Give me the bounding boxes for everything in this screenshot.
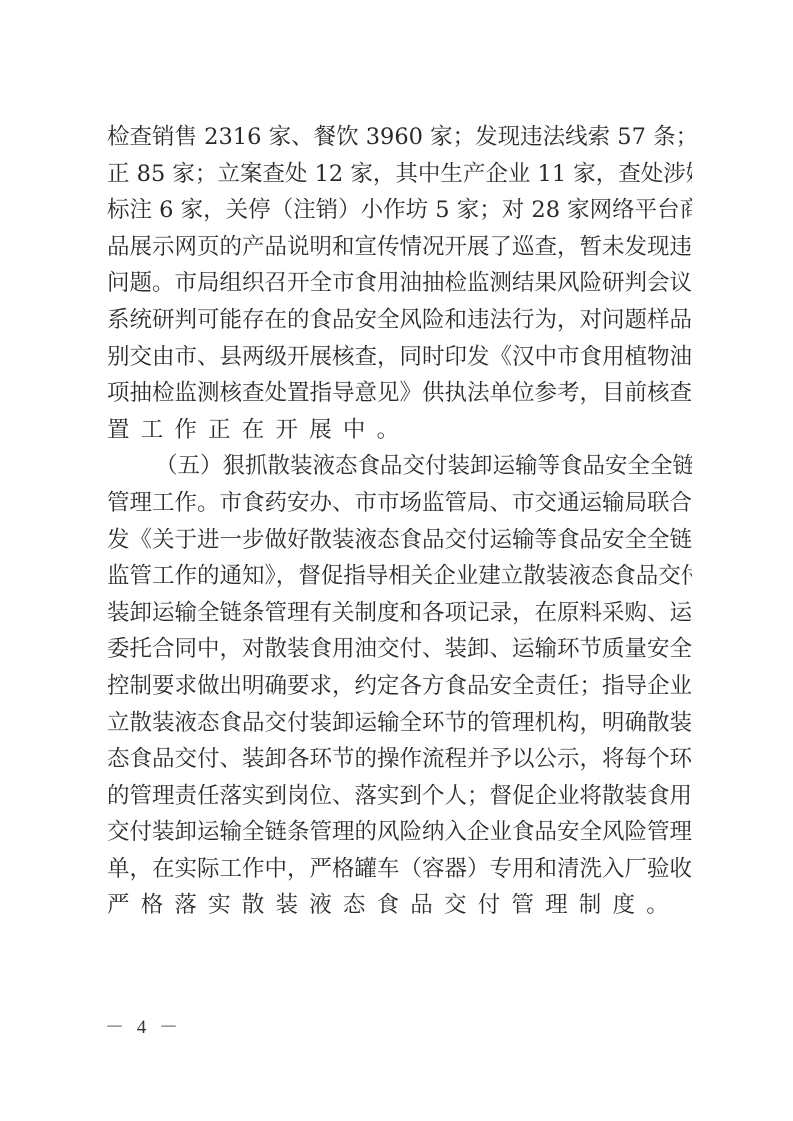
paragraph-section-five: （五）狠抓散装液态食品交付装卸运输等食品安全全链条 管理工作。市食药安办、市市场… — [107, 448, 692, 924]
text-line: 管理工作。市食药安办、市市场监管局、市交通运输局联合印 — [107, 485, 692, 522]
text-line: 装卸运输全链条管理有关制度和各项记录，在原料采购、运输 — [107, 595, 692, 632]
text-line: 系统研判可能存在的食品安全风险和违法行为，对问题样品分 — [107, 302, 692, 339]
document-page: 检查销售 2316 家、餐饮 3960 家；发现违法线索 57 条；责令改 正 … — [0, 0, 793, 1121]
text-line: 的管理责任落实到岗位、落实到个人；督促企业将散装食用油 — [107, 778, 692, 815]
text-line: 项抽检监测核查处置指导意见》供执法单位参考，目前核查处 — [107, 375, 692, 412]
page-number: － 4 － — [105, 1012, 182, 1039]
text-line: 监管工作的通知》，督促指导相关企业建立散装液态食品交付 — [107, 558, 692, 595]
paragraph-inspection-results: 检查销售 2316 家、餐饮 3960 家；发现违法线索 57 条；责令改 正 … — [107, 119, 692, 448]
text-line: 正 85 家；立案查处 12 家，其中生产企业 11 家，查处涉嫌虚假 — [107, 156, 692, 193]
text-line: 单，在实际工作中，严格罐车（容器）专用和清洗入厂验收， — [107, 851, 692, 888]
text-line: 别交由市、县两级开展核查，同时印发《汉中市食用植物油专 — [107, 339, 692, 376]
section-heading-line: （五）狠抓散装液态食品交付装卸运输等食品安全全链条 — [107, 448, 692, 485]
text-line: 品展示网页的产品说明和宣传情况开展了巡查，暂未发现违法 — [107, 229, 692, 266]
text-line: 置工作正在开展中。 — [107, 412, 692, 449]
text-line: 控制要求做出明确要求，约定各方食品安全责任；指导企业建 — [107, 668, 692, 705]
text-line: 检查销售 2316 家、餐饮 3960 家；发现违法线索 57 条；责令改 — [107, 119, 692, 156]
text-line: 立散装液态食品交付装卸运输全环节的管理机构，明确散装液 — [107, 705, 692, 742]
text-line: 严格落实散装液态食品交付管理制度。 — [107, 887, 692, 924]
text-line: 问题。市局组织召开全市食用油抽检监测结果风险研判会议， — [107, 265, 692, 302]
text-line: 交付装卸运输全链条管理的风险纳入企业食品安全风险管理清 — [107, 814, 692, 851]
text-line: 态食品交付、装卸各环节的操作流程并予以公示，将每个环节 — [107, 741, 692, 778]
text-line: 发《关于进一步做好散装液态食品交付运输等食品安全全链条 — [107, 522, 692, 559]
text-line: 标注 6 家，关停（注销）小作坊 5 家；对 28 家网络平台商家产 — [107, 192, 692, 229]
body-text: 检查销售 2316 家、餐饮 3960 家；发现违法线索 57 条；责令改 正 … — [107, 119, 692, 924]
text-line: 委托合同中，对散装食用油交付、装卸、运输环节质量安全的 — [107, 631, 692, 668]
